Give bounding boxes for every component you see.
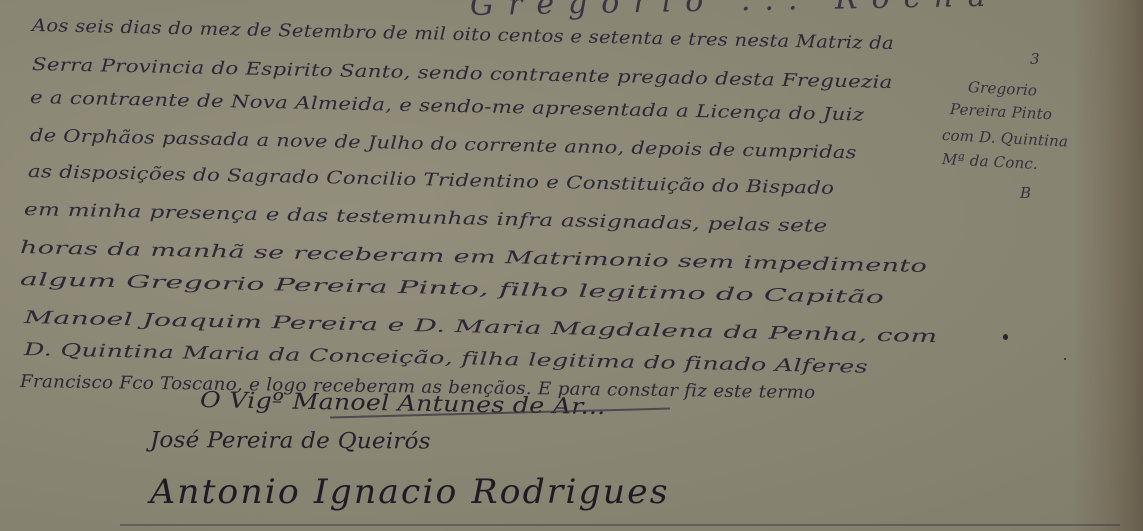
body-line-7: horas da manhã se receberam em Matrimoni… <box>20 238 928 277</box>
margin-line-2: Pereira Pinto <box>950 100 1053 123</box>
margin-line-4: Mª da Conc. <box>942 150 1039 173</box>
body-line-1: Aos seis dias do mez de Setembro de mil … <box>32 16 894 54</box>
margin-line-3: com D. Quintina <box>942 126 1069 151</box>
margin-initial: B <box>1020 184 1031 202</box>
signature-witness-2: Antonio Ignacio Rodrigues <box>150 472 670 512</box>
entry-heading: Gregorio ... Rocha <box>470 0 1000 23</box>
body-line-9: Manoel Joaquim Pereira e D. Maria Magdal… <box>24 308 938 347</box>
body-line-3: e a contraente de Nova Almeida, e sendo-… <box>30 88 865 125</box>
margin-number: 3 <box>1030 50 1040 68</box>
margin-line-1: Gregorio <box>968 78 1038 100</box>
bottom-rule <box>120 524 1120 526</box>
body-line-10: D. Quintina Maria da Conceição, filha le… <box>24 340 868 378</box>
body-line-8: algum Gregorio Pereira Pinto, filho legi… <box>20 270 885 308</box>
signature-witness-1: José Pereira de Queirós <box>150 428 431 454</box>
book-spine-shadow <box>1073 0 1143 531</box>
ink-speck <box>1064 358 1066 360</box>
body-line-6: em minha presença e das testemunhas infr… <box>24 200 828 237</box>
body-line-2: Serra Provincia do Espirito Santo, sendo… <box>32 55 893 93</box>
register-page: Gregorio ... Rocha Aos seis dias do mez … <box>0 0 1143 531</box>
body-line-5: as disposições do Sagrado Concilio Tride… <box>28 162 835 199</box>
body-line-4: de Orphãos passada a nove de Julho do co… <box>30 126 857 163</box>
ink-speck <box>1003 334 1008 340</box>
